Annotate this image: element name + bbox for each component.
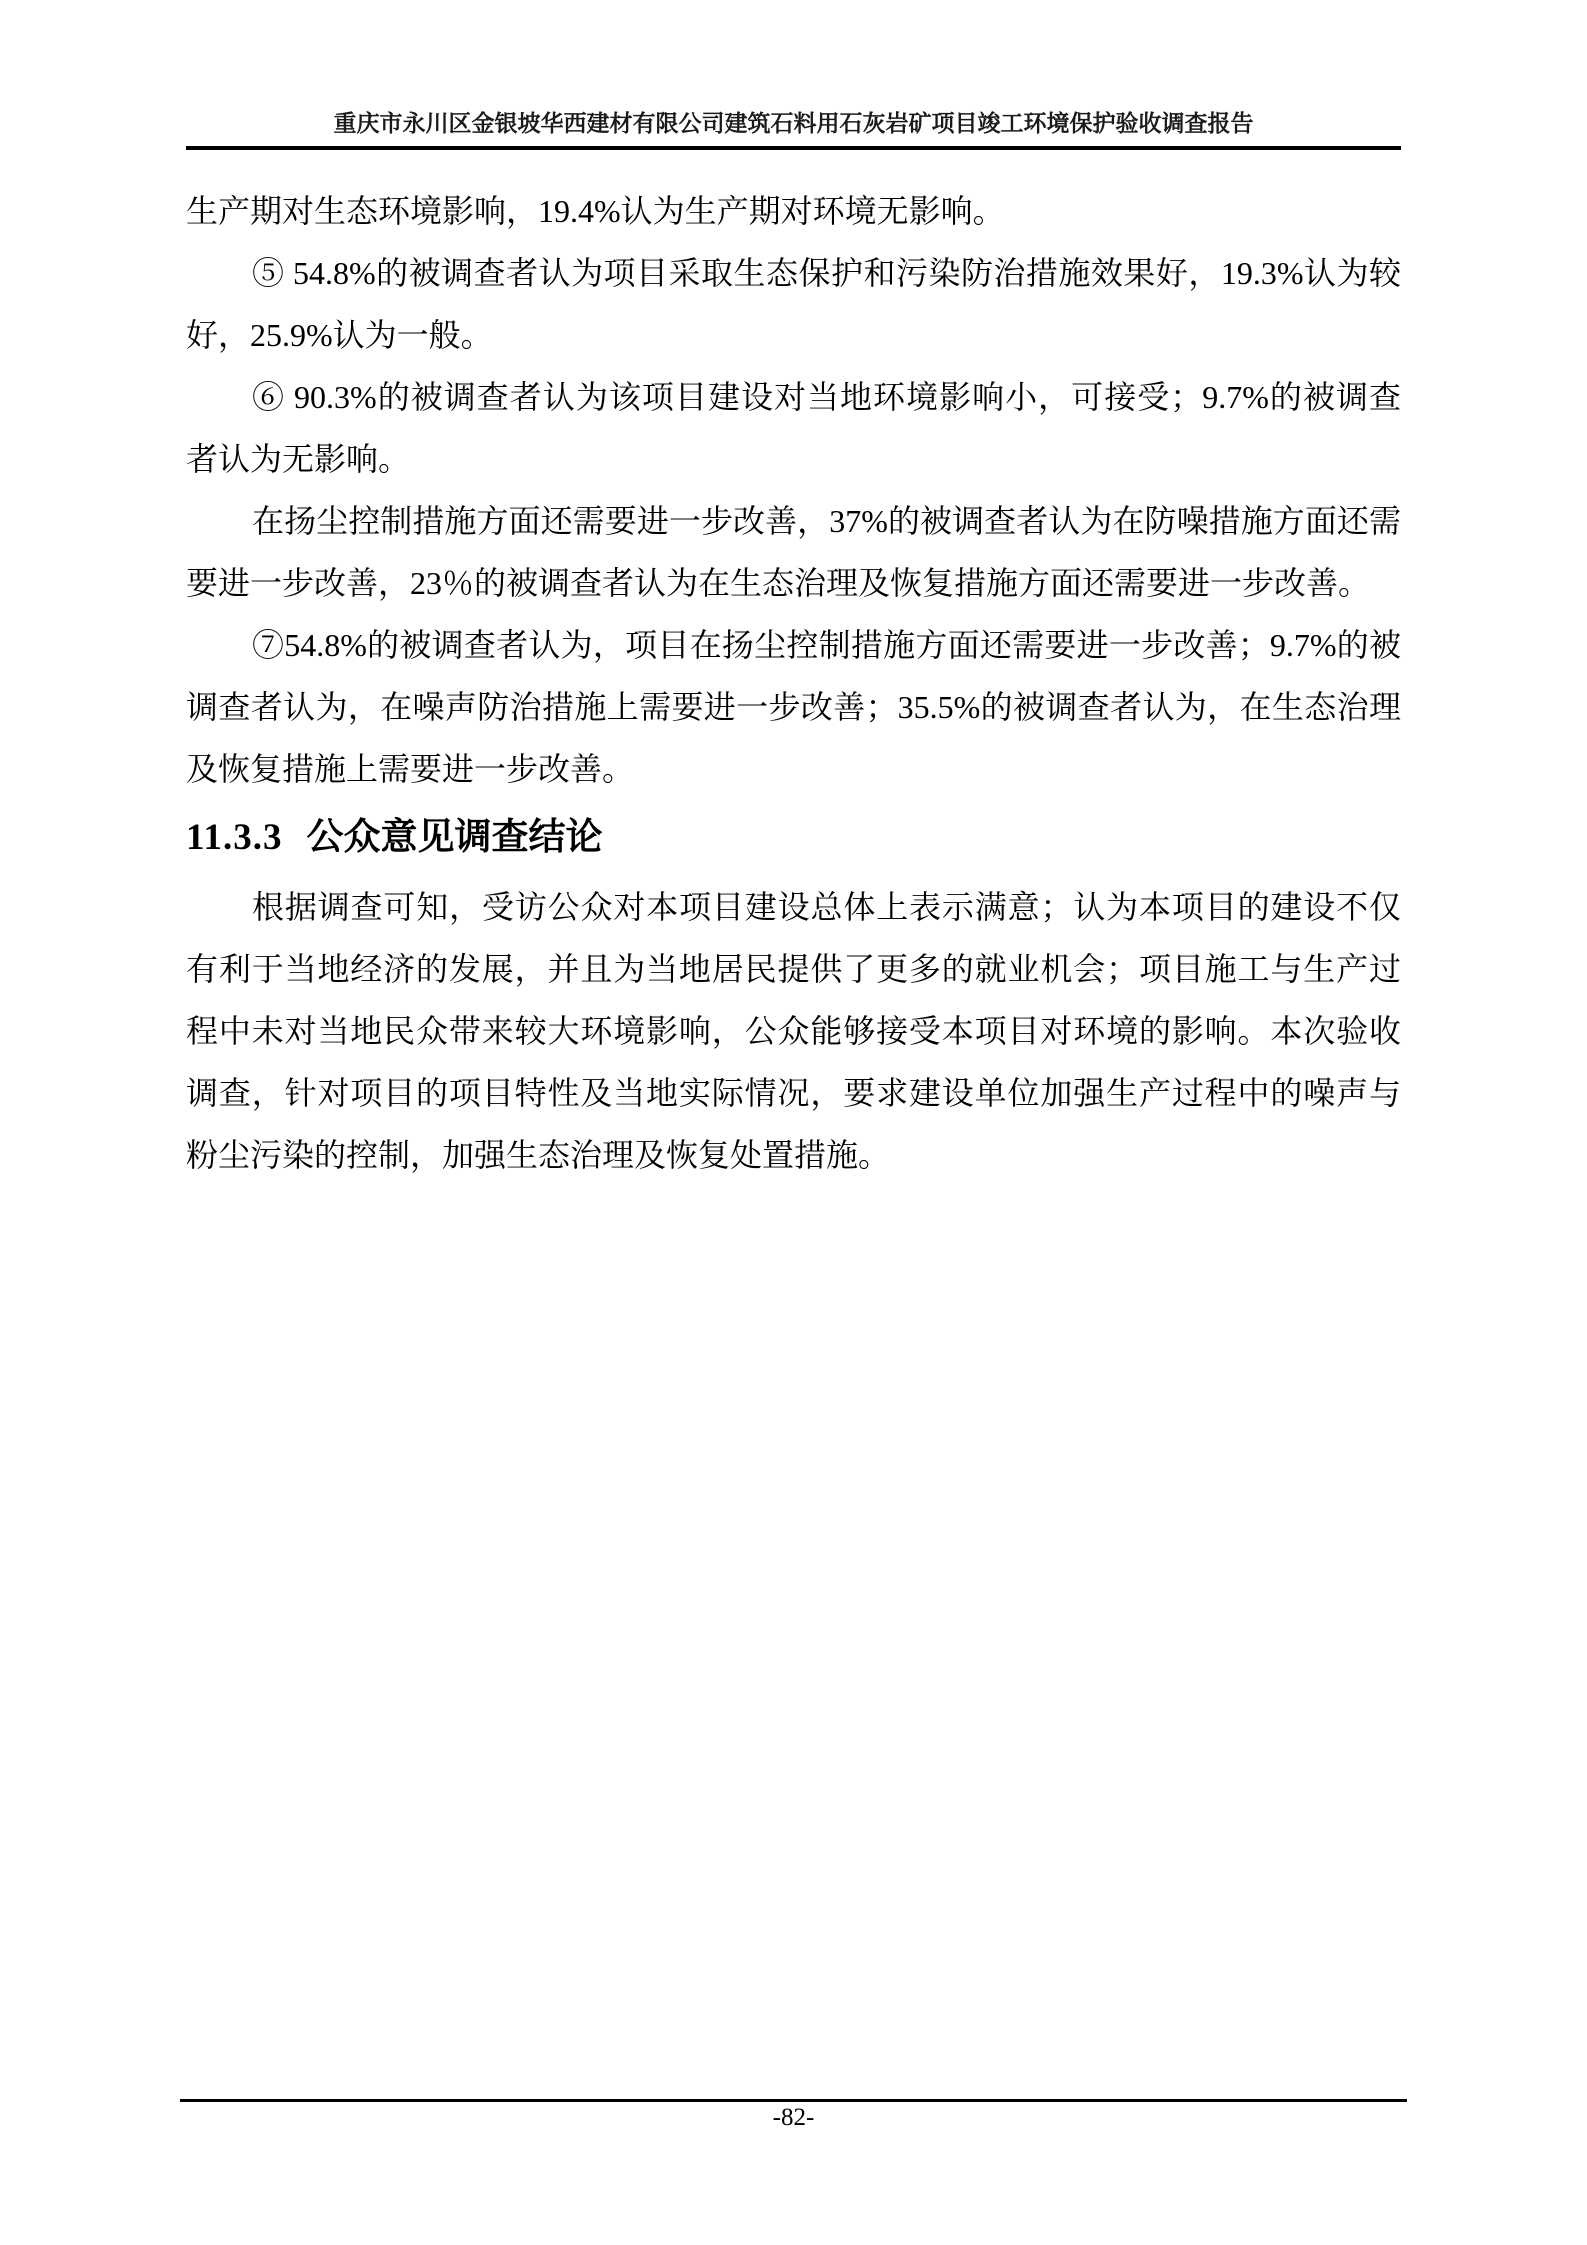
- body-paragraph: ⑤ 54.8%的被调查者认为项目采取生态保护和污染防治措施效果好，19.3%认为…: [186, 242, 1401, 366]
- page-header-title: 重庆市永川区金银坡华西建材有限公司建筑石料用石灰岩矿项目竣工环境保护验收调查报告: [0, 110, 1587, 138]
- body-paragraph: ⑥ 90.3%的被调查者认为该项目建设对当地环境影响小，可接受；9.7%的被调查…: [186, 366, 1401, 490]
- page-number: -82-: [0, 2102, 1587, 2134]
- body-paragraph: ⑦54.8%的被调查者认为，项目在扬尘控制措施方面还需要进一步改善；9.7%的被…: [186, 614, 1401, 800]
- document-body: 生产期对生态环境影响，19.4%认为生产期对环境无影响。 ⑤ 54.8%的被调查…: [186, 180, 1401, 1186]
- section-number: 11.3.3: [186, 817, 282, 858]
- body-paragraph: 在扬尘控制措施方面还需要进一步改善，37%的被调查者认为在防噪措施方面还需要进一…: [186, 490, 1401, 614]
- body-paragraph: 生产期对生态环境影响，19.4%认为生产期对环境无影响。: [186, 180, 1401, 242]
- section-heading: 11.3.3公众意见调查结论: [186, 800, 1401, 876]
- conclusion-paragraph: 根据调查可知，受访公众对本项目建设总体上表示满意；认为本项目的建设不仅有利于当地…: [186, 876, 1401, 1186]
- document-page: 重庆市永川区金银坡华西建材有限公司建筑石料用石灰岩矿项目竣工环境保护验收调查报告…: [0, 0, 1587, 2245]
- header-rule: [186, 146, 1401, 150]
- section-title: 公众意见调查结论: [306, 817, 602, 858]
